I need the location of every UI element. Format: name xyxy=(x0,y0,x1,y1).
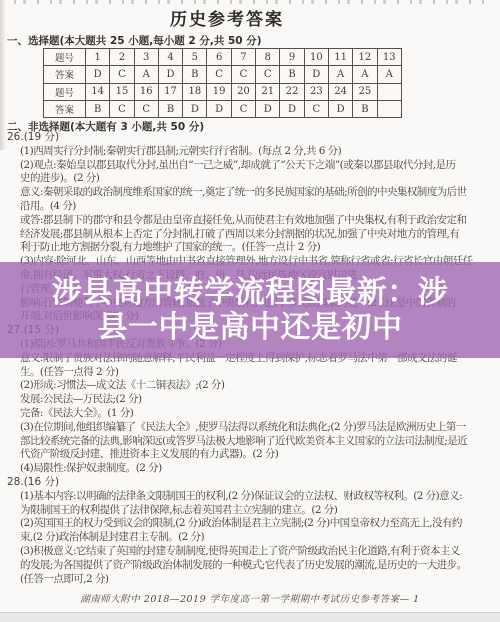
answer-table: 题号12345678910111213答案DCADBCCCBDAAA题号1415… xyxy=(43,48,402,118)
answer-cell: D xyxy=(183,100,207,117)
answer-cell: 1 xyxy=(86,49,110,66)
answer-line: (3)在位期间,他组织编纂了《民法大全》,使罗马法得以系统化和法典化;(2 分)… xyxy=(7,421,495,435)
answer-line: 意义:秦朝采取的政治制度维系国家的统一,奠定了统一的多民族国家的基础;所创的中央… xyxy=(7,186,495,200)
answer-cell: D xyxy=(328,100,352,117)
answer-line: (2)英国国王的权力受到议会的限制,(2 分)政治体制是君主立宪制;(2 分)中… xyxy=(7,517,495,531)
answer-line: 发展:公民法—万民法;(2 分) xyxy=(7,393,495,407)
answer-cell: A xyxy=(377,66,401,83)
answer-cell: 17 xyxy=(158,83,182,100)
answer-cell: 14 xyxy=(86,83,110,100)
answer-cell: C xyxy=(110,66,134,83)
answer-line: (3)积极意义:它结束了英国的封建专制制度,使得英国走上了资产阶级政治民主化道路… xyxy=(7,545,495,559)
answer-cell: C xyxy=(110,100,134,117)
answer-cell: 13 xyxy=(377,49,401,66)
answer-cell: C xyxy=(231,66,255,83)
answer-cell: C xyxy=(134,100,158,117)
row-label-cell: 答案 xyxy=(44,66,86,83)
answer-cell: 3 xyxy=(134,49,158,66)
answer-line: 利于防止地方割据分裂,有力地维护了国家的统一。(任答一点计 2 分) xyxy=(7,241,495,255)
answer-line: (2)形成:习惯法—成文法《十二铜表法》;(2 分) xyxy=(7,379,495,393)
answer-line: 为限制国王的权利提供了法律保障,标志着英国君主立宪制的建立。(2 分) xyxy=(7,504,495,518)
answer-cell: A xyxy=(134,66,158,83)
answer-cell: 18 xyxy=(183,83,207,100)
answer-cell: C xyxy=(256,66,280,83)
answer-line: 生。(任答一点得 2 分) xyxy=(7,366,495,380)
row-label-cell: 答案 xyxy=(44,100,86,117)
answer-cell: D xyxy=(207,100,231,117)
watermark-text-line2: 县一中是高中还是初中 xyxy=(98,312,403,344)
answer-cell: D xyxy=(304,66,328,83)
page-title: 历史参考答案 xyxy=(0,5,477,30)
question-number: 26.(19 分) xyxy=(7,131,495,145)
answer-cell: 15 xyxy=(110,83,134,100)
answer-cell: 12 xyxy=(353,49,377,66)
answer-line: 束,(2 分)政治体制是封建君主专制。(2 分) xyxy=(7,531,495,545)
answer-cell: B xyxy=(183,66,207,83)
answer-cell: 2 xyxy=(110,49,134,66)
answer-cell: B xyxy=(158,100,182,117)
answer-cell: 10 xyxy=(304,49,328,66)
answer-line: (4)局限性:保护奴隶制度。(2 分) xyxy=(7,462,495,476)
section1-heading: 一、选择题(本大题共 25 小题,每小题 2 分,共 50 分) xyxy=(7,33,262,48)
answer-table-row: 题号141516171819202122232425 xyxy=(44,83,402,100)
answer-line: 部比较系统完备的法典,影响深远(或答罗马法极大地影响了近代欧美资本主义国家的立法… xyxy=(7,435,495,449)
answer-cell: 19 xyxy=(207,83,231,100)
answer-cell: C xyxy=(304,100,328,117)
answer-line: 的发展;为各国提供了资产阶级政治体制发展的一种模式;它代表了历史发展的潮流,是历… xyxy=(7,559,495,573)
answer-cell: A xyxy=(353,66,377,83)
answer-table-row: 答案DCADBCCCBDAAA xyxy=(44,66,402,83)
scanned-answer-sheet: 历史参考答案 一、选择题(本大题共 25 小题,每小题 2 分,共 50 分) … xyxy=(0,0,500,622)
answer-cell: D xyxy=(86,66,110,83)
page-footer: 湖南师大附中 2018—2019 学年度高一第一学期期中考试历史参考答案— 1 xyxy=(0,591,500,605)
row-label-cell: 题号 xyxy=(44,83,86,100)
answer-cell: 22 xyxy=(280,83,304,100)
answer-table-row: 答案BCCBDDCDDCDB xyxy=(44,100,402,117)
answer-cell: B xyxy=(86,100,110,117)
answer-line: (2)观点:秦始皇以郡县取代分封,虽出自“一己之威”,却成就了“公天下之端”(或… xyxy=(7,159,495,173)
answer-cell: B xyxy=(280,66,304,83)
question-number: 28.(16 分) xyxy=(7,476,495,490)
answer-cell: 7 xyxy=(231,49,255,66)
answer-cell: D xyxy=(280,100,304,117)
answer-line: (任答一点即可,2 分) xyxy=(7,573,495,587)
answer-cell: C xyxy=(231,100,255,117)
answer-line: (1)基本内容:以明确的法律条文限制国王的权利,(2 分)保证议会的立法权、财政… xyxy=(7,490,495,504)
answer-line: 代资产阶级反封建、推进资本主义发展的有力武器)。(2 分) xyxy=(7,448,495,462)
answer-line: 沿用。(4 分) xyxy=(7,200,495,214)
row-label-cell: 题号 xyxy=(44,49,86,66)
answer-cell: B xyxy=(353,100,377,117)
answer-line: (1)西周实行分封制;秦朝实行郡县制;元朝实行行省制。(每点 2 分,共 6 分… xyxy=(7,145,495,159)
watermark-text-line1: 涉县高中转学流程图最新：涉 xyxy=(52,277,449,309)
answer-cell: C xyxy=(207,66,231,83)
answer-cell: A xyxy=(328,66,352,83)
answer-cell: 25 xyxy=(353,83,377,100)
answer-line: 完备:《民法大全》。(1 分) xyxy=(7,407,495,421)
answer-line: 或答:郡县制下的郡守和县令都是由皇帝直接任免,从而使君主有效地加强了中央集权,有… xyxy=(7,214,495,228)
answer-cell: 16 xyxy=(134,83,158,100)
answer-cell xyxy=(377,83,401,100)
answer-cell: 4 xyxy=(158,49,182,66)
cropped-text-fragment xyxy=(14,0,486,4)
answer-cell: 6 xyxy=(207,49,231,66)
answer-cell: D xyxy=(158,66,182,83)
watermark-overlay-banner[interactable]: 涉县高中转学流程图最新：涉 县一中是高中还是初中 xyxy=(0,262,500,358)
answer-table-row: 题号12345678910111213 xyxy=(44,49,402,66)
answer-cell: 23 xyxy=(304,83,328,100)
answer-line: 史的进步)。(2 分) xyxy=(7,172,495,186)
scan-bottom-strip xyxy=(0,612,500,622)
answer-cell: 11 xyxy=(328,49,352,66)
answer-cell: 24 xyxy=(328,83,352,100)
answer-cell: 21 xyxy=(256,83,280,100)
answer-cell: 20 xyxy=(231,83,255,100)
answer-cell: 8 xyxy=(256,49,280,66)
answer-cell: 5 xyxy=(183,49,207,66)
answer-cell xyxy=(377,100,401,117)
answer-blocks: 26.(19 分)(1)西周实行分封制;秦朝实行郡县制;元朝实行行省制。(每点 … xyxy=(7,131,495,586)
answer-cell: 9 xyxy=(280,49,304,66)
answer-line: 经济发展;郡县制从根本上否定了分封制,打破了西周以来分封割据的状况,加强了中央对… xyxy=(7,228,495,242)
answer-cell: D xyxy=(256,100,280,117)
